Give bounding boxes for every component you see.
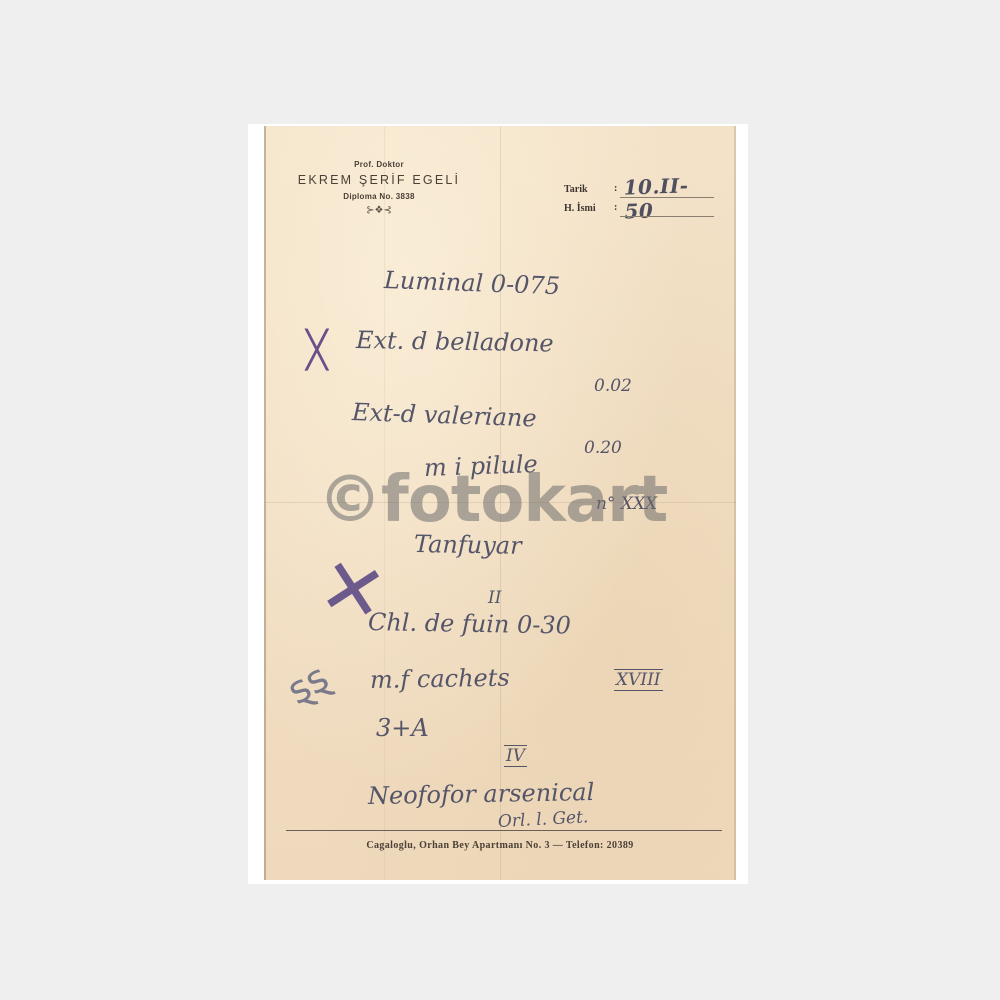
colon: : [614, 202, 617, 213]
diploma-number: Diploma No. 3838 [264, 192, 494, 201]
patient-name-line [620, 216, 714, 217]
handwritten-line: II [488, 588, 501, 608]
date-label: Tarik [564, 184, 588, 195]
footer-divider [286, 830, 722, 831]
letterhead: Prof. Doktor EKREM ŞERİF EGELİ Diploma N… [264, 160, 494, 216]
patient-name-row: H. İsmi : [564, 199, 714, 218]
doctor-name: EKREM ŞERİF EGELİ [264, 173, 494, 187]
handwritten-line: Neofofor arsenical [368, 778, 595, 810]
handwritten-line: Ext. d belladone [356, 326, 554, 357]
watermark: ©fotokart [318, 468, 667, 532]
handwritten-line: XVIII [614, 670, 663, 690]
roman-numeral-box: XVIII [614, 669, 663, 691]
roman-numeral-box: IV [504, 745, 527, 767]
doctor-title: Prof. Doktor [264, 160, 494, 169]
date-fields: Tarik : 10.II-50 H. İsmi : [564, 180, 714, 218]
handwritten-line: Luminal 0-075 [384, 266, 561, 300]
colon: : [614, 183, 617, 194]
handwritten-line: 0.20 [584, 438, 622, 458]
cross-mark-icon: ╳ [306, 330, 328, 371]
signature: Orl. l. Get. [497, 807, 588, 832]
handwritten-line: IV [504, 746, 527, 766]
handwritten-line: Chl. de fuin 0-30 [368, 608, 571, 640]
handwritten-line: m.f cachets [370, 664, 510, 694]
handwritten-line: 0.02 [594, 376, 632, 396]
date-row: Tarik : 10.II-50 [564, 180, 714, 199]
ornament-icon: ⊱❖⊰ [264, 205, 494, 216]
scribble-mark-icon: ȿȿ [280, 655, 336, 713]
handwritten-line: 3+A [376, 714, 429, 742]
footer-address: Cagaloglu, Orhan Bey Apartmanı No. 3 — T… [264, 840, 736, 851]
patient-name-label: H. İsmi [564, 203, 596, 214]
handwritten-line: Ext-d valeriane [352, 398, 538, 432]
